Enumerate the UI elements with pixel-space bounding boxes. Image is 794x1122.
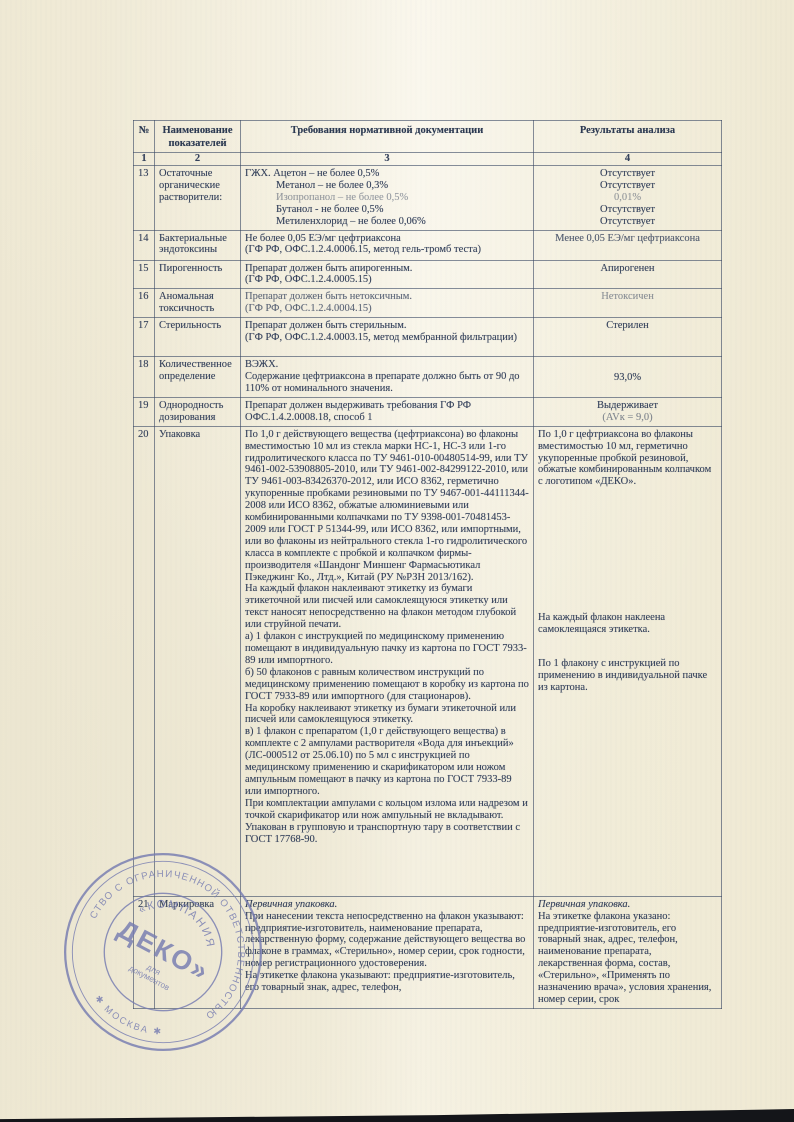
text-paragraph: На каждый флакон наклеивают этикетку из … [245, 583, 529, 631]
text-paragraph: Изопропанол – не более 0,5% [245, 192, 529, 204]
requirement-text: Препарат должен выдерживать требования Г… [241, 397, 534, 426]
text-paragraph: На каждый флакон наклеена самоклеящаяся … [538, 612, 717, 636]
text-paragraph: Препарат должен выдерживать требования Г… [245, 400, 529, 424]
text-paragraph: Не более 0,05 ЕЭ/мг цефтриаксона [245, 233, 529, 245]
column-number: 3 [241, 153, 534, 166]
text-paragraph: Бутанол - не более 0,5% [245, 204, 529, 216]
indicator-name: Остаточные органические растворители: [155, 166, 241, 231]
text-paragraph: (ГФ РФ, ОФС.1.2.4.0004.15) [245, 303, 529, 315]
text-paragraph: При комплектации ампулами с кольцом изло… [245, 798, 529, 822]
requirement-text: Препарат должен быть апирогенным.(ГФ РФ,… [241, 260, 534, 289]
text-paragraph: Первичная упаковка. [538, 899, 717, 911]
indicator-name: Количественное определение [155, 357, 241, 398]
text-paragraph: На коробку наклеивают этикетку из бумаги… [245, 703, 529, 727]
text-paragraph: Препарат должен быть нетоксичным. [245, 291, 529, 303]
row-number: 13 [134, 166, 155, 231]
text-paragraph: Первичная упаковка. [245, 899, 529, 911]
text-paragraph: Отсутствует [538, 168, 717, 180]
requirement-text: Препарат должен быть стерильным.(ГФ РФ, … [241, 318, 534, 357]
requirement-text: Препарат должен быть нетоксичным.(ГФ РФ,… [241, 289, 534, 318]
column-number: 2 [155, 153, 241, 166]
col-header-results: Результаты анализа [534, 121, 722, 153]
text-paragraph: Апирогенен [538, 263, 717, 275]
text-paragraph: Препарат должен быть апирогенным. [245, 263, 529, 275]
row-number: 20 [134, 426, 155, 896]
text-paragraph: (ГФ РФ, ОФС.1.2.4.0003.15, метод мембран… [245, 332, 529, 344]
text-paragraph: (AVк = 9,0) [538, 412, 717, 424]
requirement-text: ВЭЖХ.Содержание цефтриаксона в препарате… [241, 357, 534, 398]
scanned-page: № Наименование показателей Требования но… [0, 0, 794, 1122]
text-paragraph: ГЖХ. Ацетон – не более 0,5% [245, 168, 529, 180]
text-paragraph: Нетоксичен [538, 291, 717, 303]
text-paragraph: По 1,0 г действующего вещества (цефтриак… [245, 429, 529, 584]
row-number: 16 [134, 289, 155, 318]
requirement-text: По 1,0 г действующего вещества (цефтриак… [241, 426, 534, 896]
result-text: По 1,0 г цефтриаксона во флаконы вместим… [534, 426, 722, 896]
column-number: 1 [134, 153, 155, 166]
text-paragraph: ВЭЖХ. [245, 359, 529, 371]
col-header-num: № [134, 121, 155, 153]
indicator-name: Стерильность [155, 318, 241, 357]
table-header-row: № Наименование показателей Требования но… [134, 121, 722, 153]
text-paragraph: Отсутствует [538, 216, 717, 228]
row-number: 14 [134, 230, 155, 260]
indicator-name: Бактериальные эндотоксины [155, 230, 241, 260]
text-paragraph: Стерилен [538, 320, 717, 332]
row-number: 18 [134, 357, 155, 398]
row-number: 15 [134, 260, 155, 289]
text-paragraph: Содержание цефтриаксона в препарате долж… [245, 371, 529, 395]
text-paragraph: Метиленхлорид – не более 0,06% [245, 216, 529, 228]
requirement-text: Не более 0,05 ЕЭ/мг цефтриаксона(ГФ РФ, … [241, 230, 534, 260]
col-header-requirements: Требования нормативной документации [241, 121, 534, 153]
table-row: 20УпаковкаПо 1,0 г действующего вещества… [134, 426, 722, 896]
table-row: 13Остаточные органические растворители:Г… [134, 166, 722, 231]
table-row: 19Однородность дозированияПрепарат долже… [134, 397, 722, 426]
indicator-name: Аномальная токсичность [155, 289, 241, 318]
text-paragraph: Метанол – не более 0,3% [245, 180, 529, 192]
text-paragraph: 93,0% [538, 372, 717, 384]
requirement-text: ГЖХ. Ацетон – не более 0,5%Метанол – не … [241, 166, 534, 231]
table-row: 14Бактериальные эндотоксиныНе более 0,05… [134, 230, 722, 260]
col-header-indicator: Наименование показателей [155, 121, 241, 153]
result-text: 93,0% [534, 357, 722, 398]
text-paragraph: Отсутствует [538, 180, 717, 192]
column-number-row: 1 2 3 4 [134, 153, 722, 166]
text-paragraph: Менее 0,05 ЕЭ/мг цефтриаксона [538, 233, 717, 245]
text-paragraph: в) 1 флакон с препаратом (1,0 г действую… [245, 726, 529, 797]
text-paragraph: При нанесении текста непосредственно на … [245, 911, 529, 971]
text-paragraph: Упакован в групповую и транспортную тару… [245, 822, 529, 846]
text-paragraph: Препарат должен быть стерильным. [245, 320, 529, 332]
result-text: Стерилен [534, 318, 722, 357]
text-paragraph: (ГФ РФ, ОФС.1.2.4.0005.15) [245, 274, 529, 286]
company-stamp: ОБЩЕСТВО С ОГРАНИЧЕННОЙ ОТВЕТСТВЕННОСТЬЮ… [60, 849, 266, 1055]
text-paragraph: а) 1 флакон с инструкцией по медицинском… [245, 631, 529, 667]
scan-edge-artifact [0, 1104, 794, 1122]
result-text: Менее 0,05 ЕЭ/мг цефтриаксона [534, 230, 722, 260]
result-text: Выдерживает(AVк = 9,0) [534, 397, 722, 426]
table-row: 16Аномальная токсичностьПрепарат должен … [134, 289, 722, 318]
indicator-name: Однородность дозирования [155, 397, 241, 426]
result-text: Первичная упаковка.На этикетке флакона у… [534, 896, 722, 1008]
table-row: 17СтерильностьПрепарат должен быть стери… [134, 318, 722, 357]
text-paragraph: (ГФ РФ, ОФС.1.2.4.0006.15, метод гель-тр… [245, 244, 529, 256]
table-row: 15ПирогенностьПрепарат должен быть апиро… [134, 260, 722, 289]
result-text: ОтсутствуетОтсутствует0,01%ОтсутствуетОт… [534, 166, 722, 231]
row-number: 17 [134, 318, 155, 357]
indicator-name: Упаковка [155, 426, 241, 896]
result-text: Апирогенен [534, 260, 722, 289]
result-text: Нетоксичен [534, 289, 722, 318]
column-number: 4 [534, 153, 722, 166]
table-row: 18Количественное определениеВЭЖХ.Содержа… [134, 357, 722, 398]
row-number: 19 [134, 397, 155, 426]
text-paragraph: На этикетке флакона указано: предприятие… [538, 911, 717, 1006]
text-paragraph: По 1 флакону с инструкцией по применению… [538, 658, 717, 694]
text-paragraph: По 1,0 г цефтриаксона во флаконы вместим… [538, 429, 717, 489]
text-paragraph: 0,01% [538, 192, 717, 204]
text-paragraph: Выдерживает [538, 400, 717, 412]
requirement-text: Первичная упаковка.При нанесении текста … [241, 896, 534, 1008]
text-paragraph: На этикетке флакона указывают: предприят… [245, 970, 529, 994]
text-paragraph: б) 50 флаконов с равным количеством инст… [245, 667, 529, 703]
text-paragraph: Отсутствует [538, 204, 717, 216]
indicator-name: Пирогенность [155, 260, 241, 289]
